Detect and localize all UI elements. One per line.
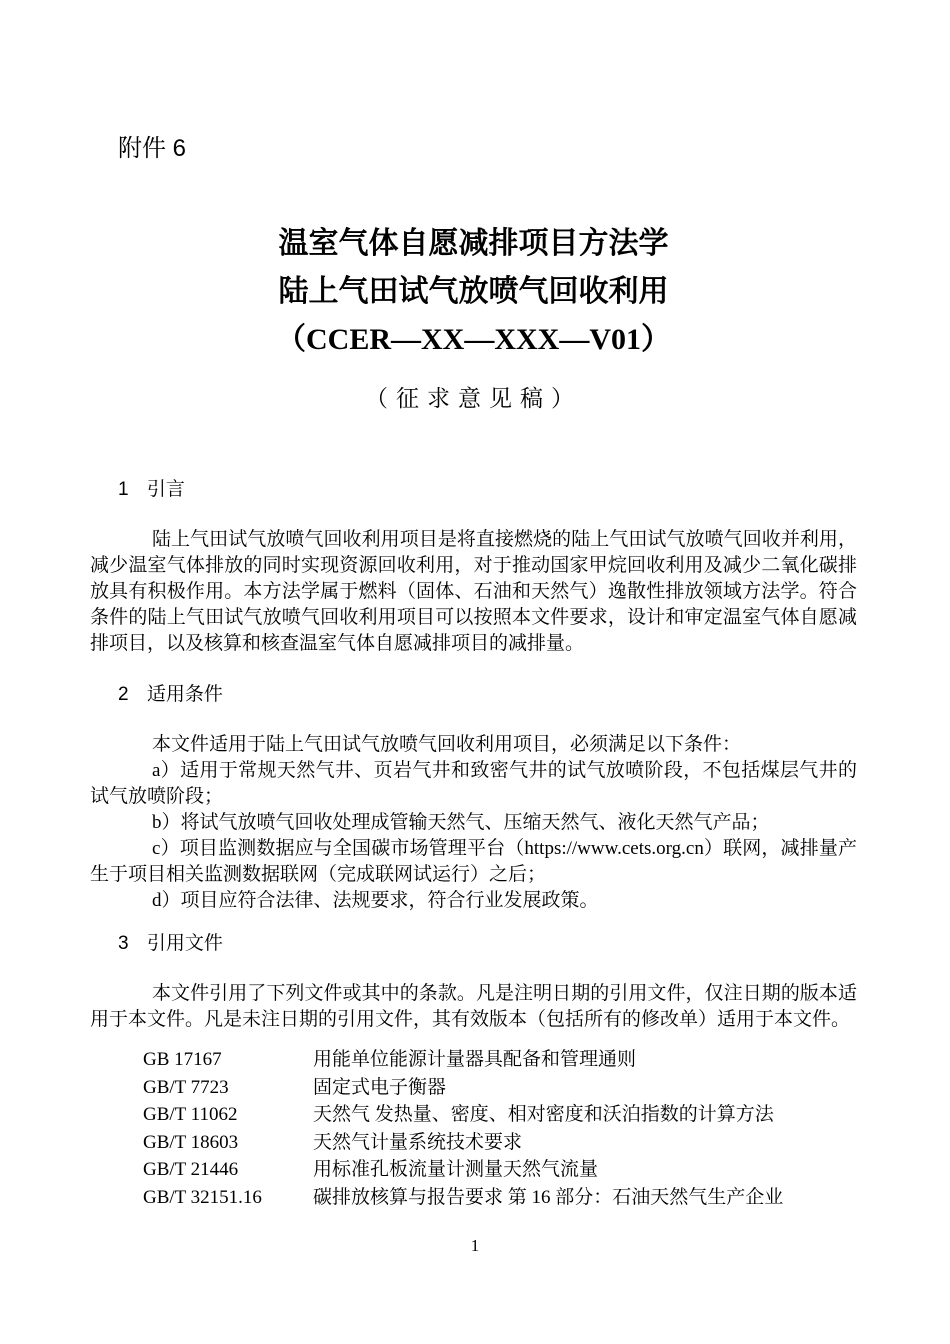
doc-title-line-2: 陆上气田试气放喷气回收利用 bbox=[90, 268, 857, 316]
condition-paragraph-c: c）项目监测数据应与全国碳市场管理平台（https://www.cets.org… bbox=[90, 836, 857, 888]
document-page: 附件 6 温室气体自愿减排项目方法学 陆上气田试气放喷气回收利用 （CCER—X… bbox=[0, 0, 950, 1344]
section-3-normative-references: 3 引用文件 本文件引用了下列文件或其中的条款。凡是注明日期的引用文件，仅注日期… bbox=[90, 930, 857, 1211]
reference-row: GB/T 32151.16 碳排放核算与报告要求 第 16 部分：石油天然气生产… bbox=[143, 1184, 857, 1212]
reference-code: GB/T 32151.16 bbox=[143, 1184, 313, 1212]
attachment-label: 附件 6 bbox=[118, 134, 857, 164]
section-1-introduction: 1 引言 陆上气田试气放喷气回收利用项目是将直接燃烧的陆上气田试气放喷气回收并利… bbox=[90, 476, 857, 657]
reference-list: GB 17167 用能单位能源计量器具配备和管理通则 GB/T 7723 固定式… bbox=[90, 1046, 857, 1211]
section-3-title: 引用文件 bbox=[147, 933, 223, 954]
reference-title: 固定式电子衡器 bbox=[313, 1074, 857, 1102]
section-2-heading: 2 适用条件 bbox=[118, 681, 857, 708]
section-2-applicability: 2 适用条件 本文件适用于陆上气田试气放喷气回收利用项目，必须满足以下条件： a… bbox=[90, 681, 857, 914]
condition-paragraph-b: b）将试气放喷气回收处理成管输天然气、压缩天然气、液化天然气产品； bbox=[90, 810, 857, 836]
reference-code: GB/T 18603 bbox=[143, 1129, 313, 1157]
section-1-heading: 1 引言 bbox=[118, 476, 857, 503]
section-3-number: 3 bbox=[118, 933, 129, 954]
reference-row: GB/T 11062 天然气 发热量、密度、相对密度和沃泊指数的计算方法 bbox=[143, 1101, 857, 1129]
reference-code: GB 17167 bbox=[143, 1046, 313, 1074]
section-1-number: 1 bbox=[118, 479, 129, 500]
reference-code: GB/T 11062 bbox=[143, 1101, 313, 1129]
reference-row: GB 17167 用能单位能源计量器具配备和管理通则 bbox=[143, 1046, 857, 1074]
reference-title: 天然气计量系统技术要求 bbox=[313, 1129, 857, 1157]
section-2-title: 适用条件 bbox=[147, 684, 223, 705]
doc-subtitle: （征求意见稿） bbox=[90, 382, 857, 416]
title-block: 温室气体自愿减排项目方法学 陆上气田试气放喷气回收利用 （CCER—XX—XXX… bbox=[90, 220, 857, 416]
reference-row: GB/T 21446 用标准孔板流量计测量天然气流量 bbox=[143, 1156, 857, 1184]
page-content: 附件 6 温室气体自愿减排项目方法学 陆上气田试气放喷气回收利用 （CCER—X… bbox=[0, 134, 950, 1211]
applicability-intro-paragraph: 本文件适用于陆上气田试气放喷气回收利用项目，必须满足以下条件： bbox=[90, 732, 857, 758]
section-2-number: 2 bbox=[118, 684, 129, 705]
reference-row: GB/T 7723 固定式电子衡器 bbox=[143, 1074, 857, 1102]
page-number: 1 bbox=[0, 1234, 950, 1258]
doc-title-line-3: （CCER—XX—XXX—V01） bbox=[90, 316, 857, 364]
condition-paragraph-d: d）项目应符合法律、法规要求，符合行业发展政策。 bbox=[90, 888, 857, 914]
condition-paragraph-a: a）适用于常规天然气井、页岩气井和致密气井的试气放喷阶段，不包括煤层气井的试气放… bbox=[90, 758, 857, 810]
doc-title-line-1: 温室气体自愿减排项目方法学 bbox=[90, 220, 857, 268]
reference-title: 用能单位能源计量器具配备和管理通则 bbox=[313, 1046, 857, 1074]
reference-row: GB/T 18603 天然气计量系统技术要求 bbox=[143, 1129, 857, 1157]
reference-code: GB/T 21446 bbox=[143, 1156, 313, 1184]
reference-title: 用标准孔板流量计测量天然气流量 bbox=[313, 1156, 857, 1184]
introduction-paragraph: 陆上气田试气放喷气回收利用项目是将直接燃烧的陆上气田试气放喷气回收并利用，减少温… bbox=[90, 527, 857, 657]
reference-code: GB/T 7723 bbox=[143, 1074, 313, 1102]
section-1-title: 引言 bbox=[147, 479, 185, 500]
section-3-heading: 3 引用文件 bbox=[118, 930, 857, 957]
references-intro-paragraph: 本文件引用了下列文件或其中的条款。凡是注明日期的引用文件，仅注日期的版本适用于本… bbox=[90, 981, 857, 1033]
reference-title: 碳排放核算与报告要求 第 16 部分：石油天然气生产企业 bbox=[313, 1184, 857, 1212]
reference-title: 天然气 发热量、密度、相对密度和沃泊指数的计算方法 bbox=[313, 1101, 857, 1129]
